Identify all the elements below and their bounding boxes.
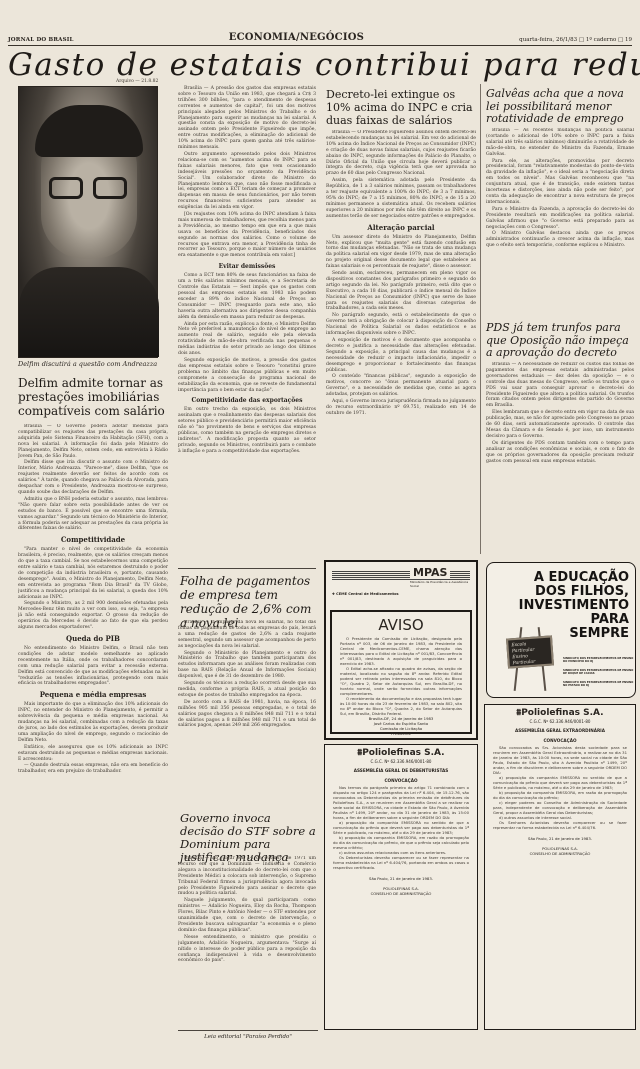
sindicato-1: SINDICATO DOS ESTABELECIMENTOS DE ENSINO… bbox=[563, 657, 635, 664]
aviso-signature: Brasília-DF, 24 de janeiro de 1983 José … bbox=[340, 716, 462, 736]
paragraph: Assim, pela sistemática adotada pelo Pre… bbox=[326, 178, 476, 219]
paragraph: O Ministro Galvêas destacou ainda que os… bbox=[486, 231, 634, 249]
signature-board: CONSELHO DE ADMINISTRAÇÃO bbox=[333, 891, 469, 896]
photo-credit: Arquivo — 21.8.82 bbox=[116, 79, 158, 84]
mpas-subtitle: Ministério da Previdência e Assistência … bbox=[410, 580, 476, 588]
paragraph: Como a ECT tem 80% de seus funcionários … bbox=[178, 273, 316, 320]
paragraph: [Os reajustes com 10% acima do INPC aten… bbox=[178, 212, 316, 259]
paragraph: Os dirigentes do PDS contam também com o… bbox=[486, 441, 634, 465]
pds-story-body: Brasília — A necessidade de reduzir os c… bbox=[486, 362, 634, 552]
paragraph: Enfático, ele assegurou que os 10% adici… bbox=[18, 745, 168, 763]
place-date: São Paulo, 21 de janeiro de 1983. bbox=[333, 876, 469, 881]
easel-icon: Escola Particular Ensino Particular bbox=[507, 627, 561, 691]
subhead-competitividade-exportacoes: Competitividade das exportações bbox=[178, 396, 316, 405]
paragraph: No parágrafo segundo, está o estabelecim… bbox=[326, 313, 476, 337]
convocacao-body: Nos termos do parágrafo primeiro do arti… bbox=[333, 785, 469, 870]
paragraph: No entendimento do Ministro Delfim, o Br… bbox=[18, 646, 168, 687]
paper-name: JORNAL DO BRASIL bbox=[8, 37, 74, 43]
sindicato-3: SINDICATO DOS ESTABELECIMENTOS DE ENSINO… bbox=[563, 681, 635, 688]
photo-caption: Delfim discutirá a questão com Andreazza bbox=[18, 360, 168, 368]
paragraph: Brasília — O Presidente Figueiredo assin… bbox=[326, 130, 476, 177]
paragraph: Brasília — O Governo poderá adotar medid… bbox=[18, 424, 168, 459]
delfim-photo bbox=[18, 86, 158, 358]
paragraph: Segundo o Ministro, as 2 mil 900 demissõ… bbox=[18, 601, 168, 631]
poliolefinas-extraordinaria-ad: ⩩Poliolefinas S.A. C.G.C. Nº 62.336.946/… bbox=[484, 704, 636, 1030]
main-headline: Gasto de estatais contribui para reduzir… bbox=[8, 48, 632, 82]
paragraph: Ainda por esta razão, explicou a fonte, … bbox=[178, 322, 316, 357]
delfim-story-body: Brasília — O Governo poderá adotar medid… bbox=[18, 424, 168, 1024]
signature-board: CONSELHO DE ADMINISTRAÇÃO bbox=[493, 851, 627, 856]
paragraph: Brasília — A pressão dos gastos das empr… bbox=[178, 86, 316, 151]
poliolefinas-debenturistas-ad: ⩩Poliolefinas S.A. C.G.C. Nº 62.336.946/… bbox=[324, 744, 478, 1030]
cgc-number: C.G.C. Nº 62.336.946/0001-80 bbox=[333, 759, 469, 765]
subhead-queda-pib: Queda do PIB bbox=[18, 634, 168, 644]
convocacao-body: São convocados os Srs. Acionistas desta … bbox=[493, 745, 627, 830]
paragraph: De acordo com a RAIS de 1981, havia, na … bbox=[178, 700, 316, 730]
subhead-alteracao-parcial: Alteração parcial bbox=[326, 223, 476, 233]
main-story-body: Brasília — A pressão dos gastos das empr… bbox=[178, 86, 316, 456]
paragraph: Em outro trecho da exposição, os dois Mi… bbox=[178, 407, 316, 454]
assembly-title: ASSEMBLÉIA GERAL EXTRAORDINÁRIA bbox=[493, 727, 627, 735]
paragraph: Brasília — A necessidade de reduzir os c… bbox=[486, 362, 634, 409]
aviso-box: AVISO O Presidente da Comissão de Licita… bbox=[330, 610, 472, 734]
ceme-org: ✚ CEME Central de Medicamentos bbox=[332, 592, 399, 596]
paragraph: Para ele, as alterações, promovidas por … bbox=[486, 159, 634, 206]
educacao-ad: A EDUCAÇÃO DOS FILHOS, INVESTIMENTO PARA… bbox=[486, 562, 636, 698]
sindicato-2: SINDICATO DOS ESTABELECIMENTOS DE ENSINO… bbox=[563, 669, 635, 676]
paragraph: Segundo o Ministério do Planejamento e o… bbox=[178, 651, 316, 681]
masthead: JORNAL DO BRASIL ECONOMIA/NEGÓCIOS quart… bbox=[8, 28, 632, 46]
paragraph: Brasília — O impacto da nova lei salaria… bbox=[178, 620, 316, 650]
paragraph: "Para manter o nível de competitividade … bbox=[18, 547, 168, 600]
place-date: São Paulo, 21 de janeiro de 1983. bbox=[493, 836, 627, 841]
date-info: quarta-feira, 26/1/83 □ 1º caderno □ 19 bbox=[519, 37, 632, 43]
decreto-headline: Decreto-lei extingue os 10% acima do INP… bbox=[326, 88, 476, 127]
paragraph: Nesse entendimento, o ministro que presi… bbox=[178, 935, 316, 965]
governo-story-body: Brasília — Ao julgar em 14 de outubro de… bbox=[178, 856, 316, 1026]
galveas-headline: Galvêas acha que a nova lei possibilitar… bbox=[486, 88, 634, 126]
paragraph: — Quando destruía essas empresas, não er… bbox=[18, 763, 168, 775]
folha-story-body: Brasília — O impacto da nova lei salaria… bbox=[178, 620, 316, 798]
subhead-pequena-media: Pequena e média empresas bbox=[18, 690, 168, 700]
aviso-body: O Presidente da Comissão de Licitação, d… bbox=[340, 636, 462, 716]
paragraph: Para o Ministro da Fazenda, a aprovação … bbox=[486, 207, 634, 231]
paragraph: Mais importante do que a eliminação dos … bbox=[18, 702, 168, 743]
paragraph: Segundo exposição de motivos, a pressão … bbox=[178, 358, 316, 393]
galveas-story-body: Brasília — As recentes mudanças na polít… bbox=[486, 128, 634, 314]
subhead-competitividade: Competitividade bbox=[18, 535, 168, 545]
convocacao-title: CONVOCAÇÃO bbox=[333, 777, 469, 785]
paragraph: Eles lembraram que o decreto entra em vi… bbox=[486, 410, 634, 440]
mpas-aviso-ad: MPAS Ministério da Previdência e Assistê… bbox=[324, 560, 478, 740]
paragraph: Brasília — As recentes mudanças na polít… bbox=[486, 128, 634, 158]
newspaper-page: JORNAL DO BRASIL ECONOMIA/NEGÓCIOS quart… bbox=[8, 0, 632, 1069]
paragraph: Admitiu que o BNH poderia estudar o assu… bbox=[18, 497, 168, 532]
poliolefinas-logo: ⩩Poliolefinas S.A. bbox=[333, 748, 469, 759]
paragraph: A exposição de motivos é o documento que… bbox=[326, 338, 476, 373]
editorial-note: Leia editorial "Paraíso Perdido" bbox=[178, 1030, 318, 1040]
cgc-number: C.G.C. Nº 62.336.946/0001-80 bbox=[493, 719, 627, 725]
mpas-title: MPAS bbox=[410, 566, 450, 579]
paragraph: Outro argumento apresentado pelos dois M… bbox=[178, 152, 316, 211]
paragraph: Naquele julgamento, do qual participaram… bbox=[178, 898, 316, 933]
pds-headline: PDS já tem trunfos para que Oposição não… bbox=[486, 322, 634, 360]
poliolefinas-logo: ⩩Poliolefinas S.A. bbox=[493, 708, 627, 719]
paragraph: Segundo os técnicos a redução ocorrerá d… bbox=[178, 681, 316, 699]
convocacao-title: CONVOCAÇÃO bbox=[493, 737, 627, 745]
paragraph: Brasília — Ao julgar em 14 de outubro de… bbox=[178, 856, 316, 897]
aviso-title: AVISO bbox=[340, 616, 462, 634]
paragraph: Aqui, o Governo invoca jurisprudência fi… bbox=[326, 399, 476, 417]
subhead-evitar-demissoes: Evitar demissões bbox=[178, 262, 316, 271]
paragraph: Um assessor direto do Ministro do Planej… bbox=[326, 235, 476, 270]
paragraph: Sendo assim, esclareceu, permanecem em p… bbox=[326, 271, 476, 312]
divider bbox=[178, 568, 316, 569]
paragraph: O conteúdo "financas públicas", segundo … bbox=[326, 374, 476, 398]
assembly-title: ASSEMBLÉIA GERAL DE DEBENTURISTAS bbox=[333, 767, 469, 775]
delfim-headline: Delfim admite tornar as prestações imobi… bbox=[18, 376, 168, 418]
chalkboard: Escola Particular Ensino Particular bbox=[506, 635, 554, 668]
section-title: ECONOMIA/NEGÓCIOS bbox=[229, 32, 364, 43]
column-divider bbox=[480, 84, 481, 554]
paragraph: Delfim disse que iria discutir o assunto… bbox=[18, 460, 168, 495]
decreto-story-body: Brasília — O Presidente Figueiredo assin… bbox=[326, 130, 476, 550]
